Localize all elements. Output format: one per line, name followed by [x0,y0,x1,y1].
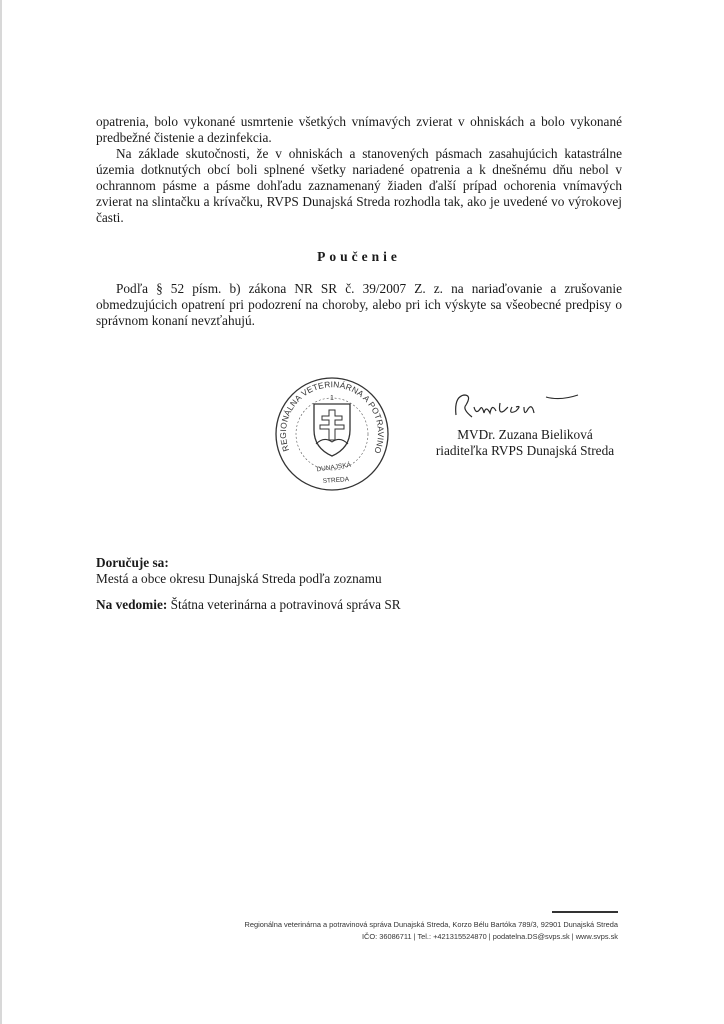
svg-text:1: 1 [330,395,334,402]
svg-text:DUNAJSKÁ: DUNAJSKÁ [316,460,352,474]
delivery-block: Doručuje sa: Mestá a obce okresu Dunajsk… [96,555,382,587]
signer-name: MVDr. Zuzana Bieliková [420,427,630,443]
reasoning-section: opatrenia, bolo vykonané usmrtenie všetk… [96,114,622,226]
instruction-section: Podľa § 52 písm. b) zákona NR SR č. 39/2… [96,281,622,329]
signature-icon [450,385,590,425]
signer-block: MVDr. Zuzana Bieliková riaditeľka RVPS D… [420,427,630,459]
svg-text:STREDA: STREDA [322,476,349,485]
official-stamp-icon: REGIONÁLNA VETERINÁRNA A POTRAVINOVÁ SPR… [268,374,396,494]
notice-value: Štátna veterinárna a potravinová správa … [167,597,400,612]
page-edge [0,0,2,1024]
paragraph-legal-instruction: Podľa § 52 písm. b) zákona NR SR č. 39/2… [96,281,622,329]
delivery-label: Doručuje sa: [96,555,382,571]
delivery-value: Mestá a obce okresu Dunajská Streda podľ… [96,571,382,587]
paragraph-measures: opatrenia, bolo vykonané usmrtenie všetk… [96,114,622,146]
notice-label: Na vedomie: [96,597,167,612]
footer-divider [552,911,618,913]
notice-block: Na vedomie: Štátna veterinárna a potravi… [96,597,401,613]
signer-title: riaditeľka RVPS Dunajská Streda [420,443,630,459]
footer: Regionálna veterinárna a potravinová spr… [150,919,618,943]
paragraph-conclusion: Na základe skutočnosti, že v ohniskách a… [96,146,622,226]
footer-contacts: IČO: 36086711 | Tel.: +421315524870 | po… [150,931,618,943]
section-heading-poucenie: Poučenie [96,249,622,265]
svg-text:REGIONÁLNA VETERINÁRNA A POTRA: REGIONÁLNA VETERINÁRNA A POTRAVINOVÁ SPR… [268,374,386,455]
footer-address: Regionálna veterinárna a potravinová spr… [150,919,618,931]
